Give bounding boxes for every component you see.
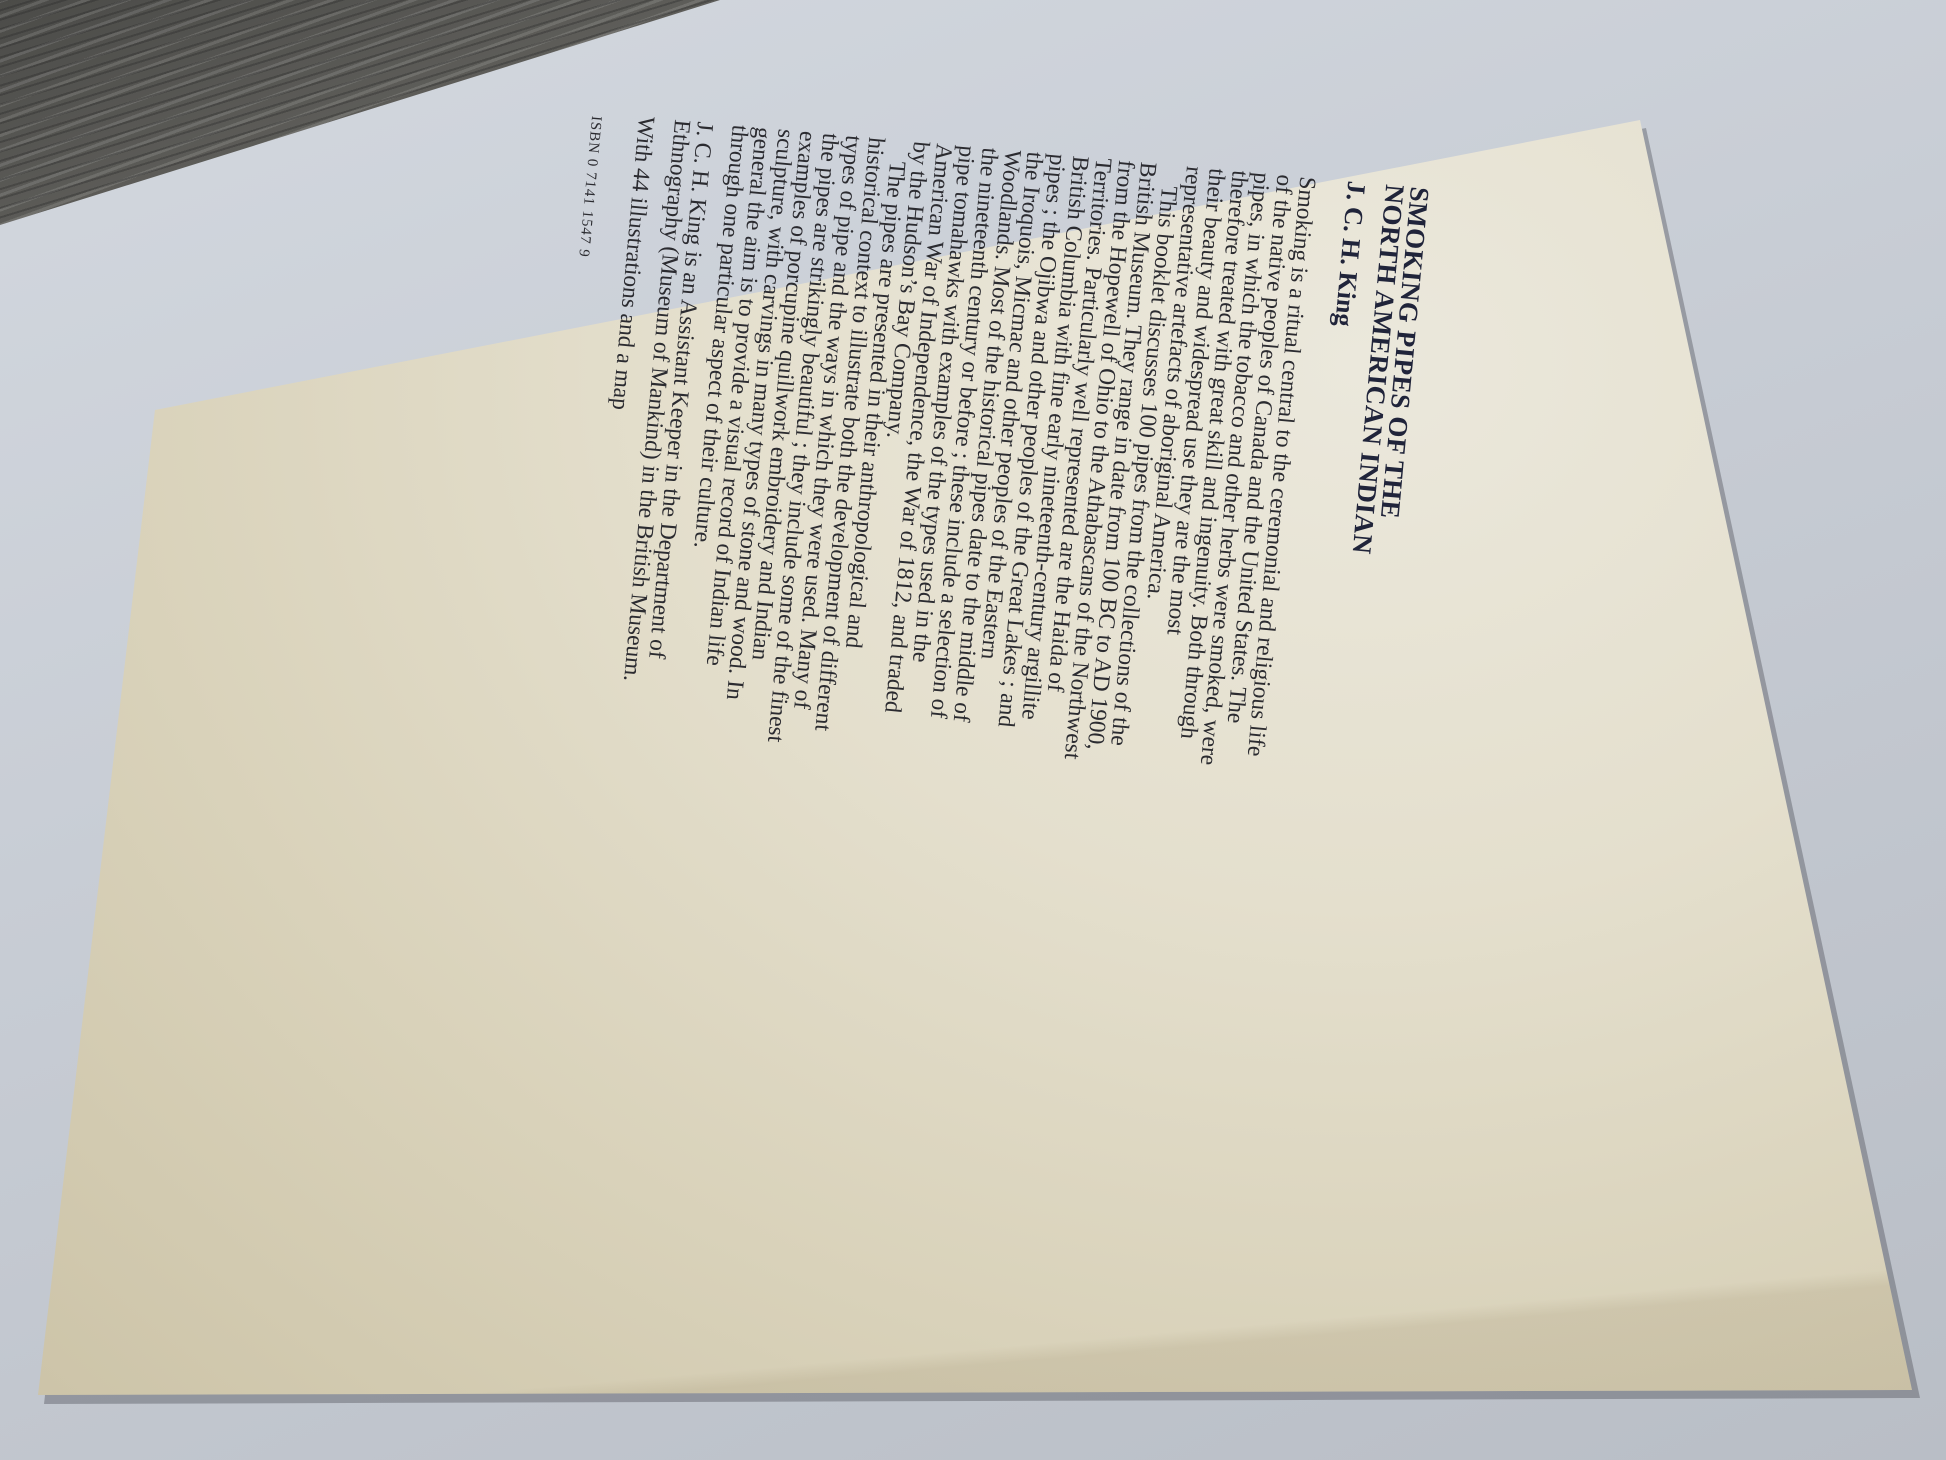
cover-text-block: SMOKING PIPES OF THE NORTH AMERICAN INDI… [508,111,1432,1064]
